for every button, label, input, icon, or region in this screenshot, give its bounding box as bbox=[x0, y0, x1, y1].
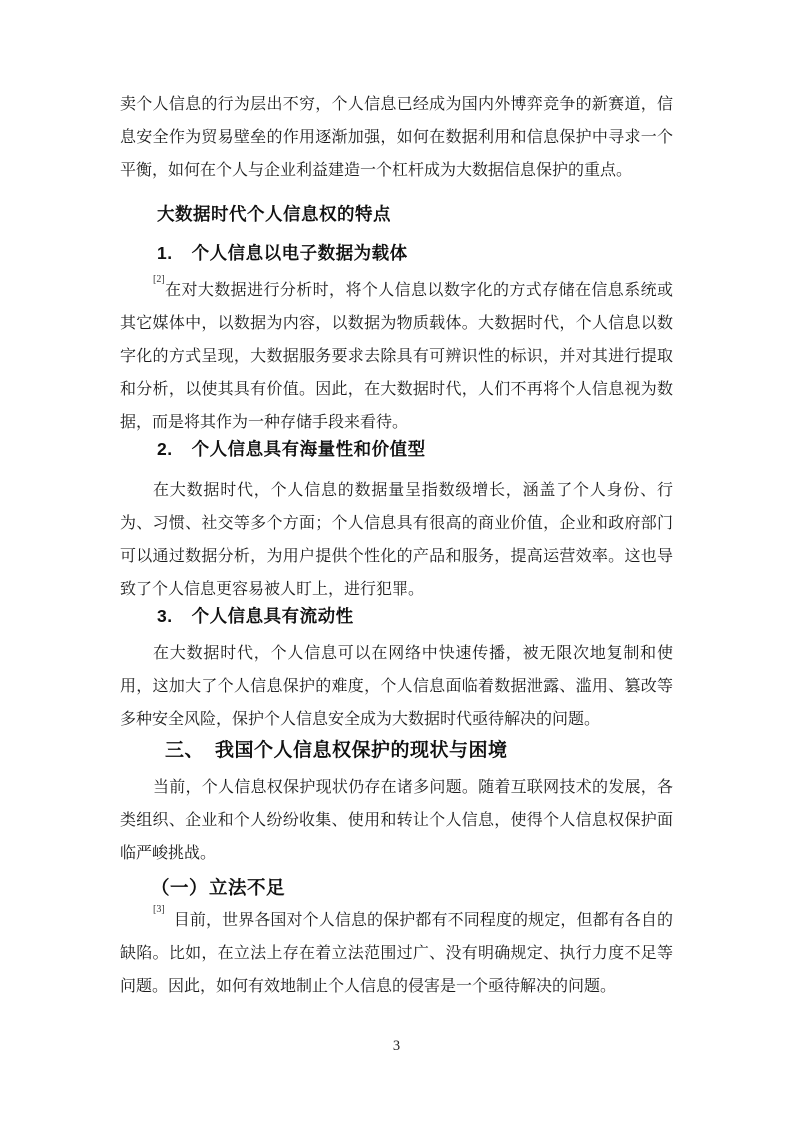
feature-1-paragraph: [2]在对大数据进行分析时，将个人信息以数字化的方式存储在信息系统或其它媒体中，… bbox=[120, 274, 673, 439]
feature-2-title: 个人信息具有海量性和价值型 bbox=[192, 439, 426, 459]
feature-1-heading: 1.个人信息以电子数据为载体 bbox=[120, 237, 673, 270]
section-3-number: 三、 bbox=[165, 740, 204, 761]
subsection-1-paragraph-text: 目前，世界各国对个人信息的保护都有不同程度的规定，但都有各自的缺陷。比如，在立法… bbox=[120, 912, 673, 995]
feature-1-title: 个人信息以电子数据为载体 bbox=[192, 243, 408, 263]
feature-2-heading: 2.个人信息具有海量性和价值型 bbox=[120, 433, 673, 466]
feature-3-title: 个人信息具有流动性 bbox=[192, 606, 354, 626]
feature-1-paragraph-text: 在对大数据进行分析时，将个人信息以数字化的方式存储在信息系统或其它媒体中，以数据… bbox=[120, 282, 673, 431]
feature-3-paragraph: 在大数据时代，个人信息可以在网络中快速传播，被无限次地复制和使用，这加大了个人信… bbox=[120, 637, 673, 736]
subsection-1-paragraph: [3]目前，世界各国对个人信息的保护都有不同程度的规定，但都有各自的缺陷。比如，… bbox=[120, 904, 673, 1003]
continuation-paragraph: 卖个人信息的行为层出不穷，个人信息已经成为国内外博弈竞争的新赛道，信息安全作为贸… bbox=[120, 88, 673, 187]
features-section-heading: 大数据时代个人信息权的特点 bbox=[120, 198, 673, 231]
page-number: 3 bbox=[0, 1038, 793, 1055]
page-content: 卖个人信息的行为层出不穷，个人信息已经成为国内外博弈竞争的新赛道，信息安全作为贸… bbox=[120, 88, 673, 1003]
subsection-1-heading: （一）立法不足 bbox=[120, 871, 673, 904]
section-3-title: 我国个人信息权保护的现状与困境 bbox=[215, 740, 508, 761]
footnote-ref-3: [3] bbox=[153, 904, 165, 915]
feature-3-number: 3. bbox=[157, 606, 173, 626]
footnote-ref-2: [2] bbox=[153, 274, 165, 285]
document-page: 卖个人信息的行为层出不穷，个人信息已经成为国内外博弈竞争的新赛道，信息安全作为贸… bbox=[0, 0, 793, 1122]
feature-1-number: 1. bbox=[157, 243, 173, 263]
subsection-1-title: 立法不足 bbox=[209, 877, 285, 898]
feature-2-number: 2. bbox=[157, 439, 173, 459]
section-3-heading: 三、我国个人信息权保护的现状与困境 bbox=[120, 734, 673, 767]
section-3-paragraph: 当前，个人信息权保护现状仍存在诸多问题。随着互联网技术的发展，各类组织、企业和个… bbox=[120, 771, 673, 870]
feature-2-paragraph: 在大数据时代，个人信息的数据量呈指数级增长，涵盖了个人身份、行为、习惯、社交等多… bbox=[120, 474, 673, 606]
subsection-1-number: （一） bbox=[151, 877, 208, 898]
